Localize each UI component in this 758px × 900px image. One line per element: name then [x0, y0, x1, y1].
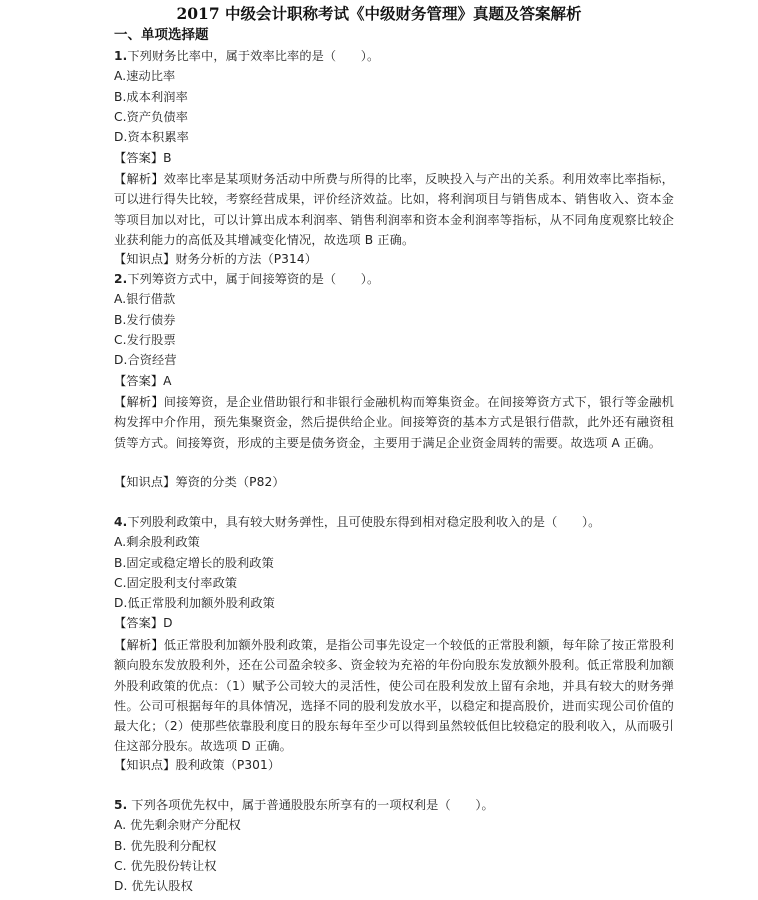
answer-value: A	[163, 374, 171, 388]
question-5-option-c: C. 优先股份转让权	[114, 857, 217, 876]
question-4-option-a: A.剩余股利政策	[114, 533, 200, 552]
question-number: 1.	[114, 49, 127, 63]
knowledge-label: 【知识点】	[114, 758, 175, 772]
question-4-answer: 【答案】D	[114, 614, 173, 633]
question-1-option-c: C.资产负债率	[114, 108, 188, 127]
question-number: 2.	[114, 272, 127, 286]
question-4-option-d: D.低正常股利加额外股利政策	[114, 594, 275, 613]
question-2-option-d: D.合资经营	[114, 351, 177, 370]
analysis-label: 【解析】	[114, 172, 164, 186]
question-text: 下列各项优先权中，属于普通股股东所享有的一项权利是（ ）。	[127, 798, 494, 812]
question-text: 下列财务比率中，属于效率比率的是（ ）。	[127, 49, 379, 63]
answer-label: 【答案】	[114, 374, 163, 388]
question-5-option-b: B. 优先股利分配权	[114, 837, 216, 856]
question-4-option-b: B.固定或稳定增长的股利政策	[114, 554, 274, 573]
knowledge-text: 财务分析的方法（P314）	[175, 252, 317, 266]
question-number: 5.	[114, 798, 127, 812]
section-heading: 一、单项选择题	[114, 26, 209, 44]
question-1-option-d: D.资本积累率	[114, 128, 189, 147]
question-4-knowledge: 【知识点】股利政策（P301）	[114, 756, 280, 775]
answer-label: 【答案】	[114, 151, 163, 165]
question-text: 下列股利政策中，具有较大财务弹性，且可使股东得到相对稳定股利收入的是（ ）。	[127, 515, 600, 529]
analysis-text: 效率比率是某项财务活动中所费与所得的比率，反映投入与产出的关系。利用效率比率指标…	[114, 172, 674, 247]
question-2-option-a: A.银行借款	[114, 290, 175, 309]
document-title: 2017 中级会计职称考试《中级财务管理》真题及答案解析	[0, 4, 758, 24]
question-text: 下列筹资方式中，属于间接筹资的是（ ）。	[127, 272, 379, 286]
question-2-answer: 【答案】A	[114, 372, 172, 391]
answer-label: 【答案】	[114, 616, 163, 630]
answer-value: D	[163, 616, 173, 630]
knowledge-label: 【知识点】	[114, 475, 175, 489]
question-number: 4.	[114, 515, 127, 529]
knowledge-text: 筹资的分类（P82）	[175, 475, 284, 489]
question-5-option-d: D. 优先认股权	[114, 877, 193, 896]
question-1-analysis: 【解析】效率比率是某项财务活动中所费与所得的比率，反映投入与产出的关系。利用效率…	[114, 169, 674, 250]
question-4-analysis: 【解析】低正常股利加额外股利政策，是指公司事先设定一个较低的正常股利额，每年除了…	[114, 635, 674, 757]
knowledge-text: 股利政策（P301）	[175, 758, 280, 772]
question-1-option-b: B.成本利润率	[114, 88, 188, 107]
question-1-stem: 1.下列财务比率中，属于效率比率的是（ ）。	[114, 47, 379, 66]
analysis-label: 【解析】	[114, 638, 164, 652]
knowledge-label: 【知识点】	[114, 252, 175, 266]
question-5-option-a: A. 优先剩余财产分配权	[114, 816, 241, 835]
question-2-option-b: B.发行债券	[114, 311, 176, 330]
analysis-text: 间接筹资，是企业借助银行和非银行金融机构而筹集资金。在间接筹资方式下，银行等金融…	[114, 395, 674, 450]
answer-value: B	[163, 151, 171, 165]
question-1-answer: 【答案】B	[114, 149, 172, 168]
analysis-label: 【解析】	[114, 395, 164, 409]
question-2-stem: 2.下列筹资方式中，属于间接筹资的是（ ）。	[114, 270, 379, 289]
question-2-knowledge: 【知识点】筹资的分类（P82）	[114, 473, 285, 492]
question-4-option-c: C.固定股利支付率政策	[114, 574, 237, 593]
question-1-option-a: A.速动比率	[114, 67, 175, 86]
question-2-analysis: 【解析】间接筹资，是企业借助银行和非银行金融机构而筹集资金。在间接筹资方式下，银…	[114, 392, 674, 453]
analysis-text: 低正常股利加额外股利政策，是指公司事先设定一个较低的正常股利额，每年除了按正常股…	[114, 638, 674, 753]
document-page: 2017 中级会计职称考试《中级财务管理》真题及答案解析 一、单项选择题 1.下…	[0, 0, 758, 900]
question-4-stem: 4.下列股利政策中，具有较大财务弹性，且可使股东得到相对稳定股利收入的是（ ）。	[114, 513, 600, 532]
question-2-option-c: C.发行股票	[114, 331, 176, 350]
question-5-stem: 5. 下列各项优先权中，属于普通股股东所享有的一项权利是（ ）。	[114, 796, 494, 815]
question-1-knowledge: 【知识点】财务分析的方法（P314）	[114, 250, 317, 269]
